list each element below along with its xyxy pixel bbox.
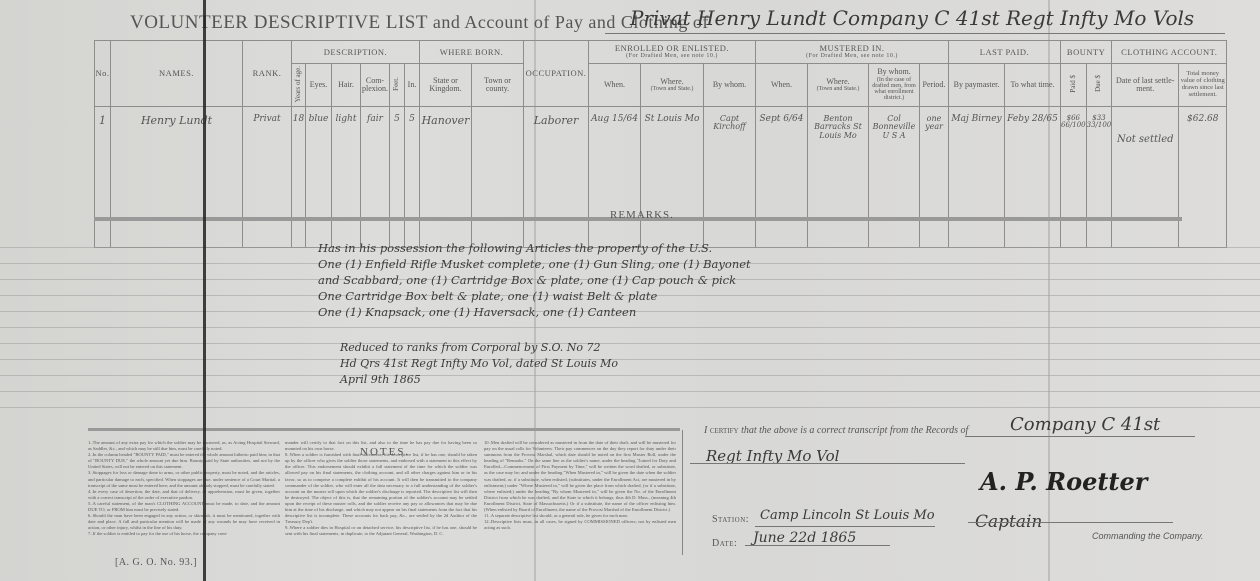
header-names: NAMES. bbox=[111, 41, 243, 107]
header-enrolled-note: (For Drafted Men, see note 10.) bbox=[589, 53, 755, 59]
header-mustered-by: By whom. (In the case of drafted men, fr… bbox=[869, 64, 920, 107]
cell-mustered-where: Benton Barracks St Louis Mo bbox=[808, 107, 869, 248]
remarks-line: One Cartridge Box belt & plate, one (1) … bbox=[318, 288, 751, 304]
cell-paymaster: Maj Birney bbox=[949, 107, 1005, 248]
remarks-line: Has in his possession the following Arti… bbox=[318, 240, 751, 256]
date-underline bbox=[745, 545, 890, 546]
records-of-value: Company C 41st bbox=[1010, 414, 1160, 435]
header-state: State or Kingdom. bbox=[420, 64, 472, 107]
cell-occupation: Laborer bbox=[524, 107, 589, 248]
header-rank: RANK. bbox=[243, 41, 292, 107]
header-last-paid: LAST PAID. bbox=[949, 41, 1061, 64]
remarks-articles: Has in his possession the following Arti… bbox=[318, 240, 751, 320]
header-mustered-note: (For Drafted Men, see note 10.) bbox=[756, 53, 948, 59]
remarks-line: One (1) Enfield Rifle Musket complete, o… bbox=[318, 256, 751, 272]
header-clothing: CLOTHING ACCOUNT. bbox=[1112, 41, 1227, 64]
header-enrolled-by: By whom. bbox=[704, 64, 756, 107]
header-bounty-paid: Paid $ bbox=[1061, 64, 1087, 107]
station-value: Camp Lincoln St Louis Mo bbox=[760, 508, 935, 523]
header-bounty-due: Due $ bbox=[1086, 64, 1112, 107]
station-underline bbox=[755, 526, 935, 527]
notes-column-2: mander will certify to that fact on this… bbox=[285, 440, 477, 538]
header-mustered-where: Where. (Town and State.) bbox=[808, 64, 869, 107]
records-of-underline-2 bbox=[690, 463, 965, 464]
remarks-line: One (1) Knapsack, one (1) Haversack, one… bbox=[318, 304, 751, 320]
header-bounty: BOUNTY bbox=[1061, 41, 1112, 64]
cell-enrolled-when: Aug 15/64 bbox=[589, 107, 641, 248]
captain-signature: A. P. Roetter bbox=[980, 467, 1147, 496]
notes-column-3: 10..Men drafted will be considered as mu… bbox=[484, 440, 676, 531]
document-title: VOLUNTEER DESCRIPTIVE LIST and Account o… bbox=[130, 12, 709, 34]
header-mustered-label: MUSTERED IN. bbox=[819, 43, 884, 53]
header-eyes: Eyes. bbox=[306, 64, 332, 107]
cell-town bbox=[472, 107, 524, 248]
cell-hair: light bbox=[332, 107, 361, 248]
remarks-line: April 9th 1865 bbox=[340, 372, 618, 388]
date-value: June 22d 1865 bbox=[753, 530, 856, 546]
header-enrolled-when: When. bbox=[589, 64, 641, 107]
header-feet: Feet. bbox=[390, 64, 405, 107]
cell-complexion: fair bbox=[361, 107, 390, 248]
header-description: DESCRIPTION. bbox=[292, 41, 420, 64]
cell-feet: 5 bbox=[390, 107, 405, 248]
notes-top-rule bbox=[88, 428, 680, 431]
binding-crease bbox=[203, 0, 206, 581]
header-complexion: Com-plexion. bbox=[361, 64, 390, 107]
certification-divider bbox=[682, 430, 683, 555]
cell-eyes: blue bbox=[306, 107, 332, 248]
remarks-title: REMARKS. bbox=[610, 209, 674, 221]
table-row: 1 Henry Lundt Privat 18 blue light fair … bbox=[95, 107, 1227, 248]
cell-no: 1 bbox=[95, 107, 111, 248]
title-handwritten: Privat Henry Lundt Company C 41st Regt I… bbox=[630, 6, 1194, 30]
date-label: Date: bbox=[712, 538, 737, 549]
cell-name: Henry Lundt bbox=[111, 107, 243, 248]
cell-clothing-total: $62.68 bbox=[1179, 107, 1227, 248]
header-paid-to: To what time. bbox=[1005, 64, 1061, 107]
header-no: No. bbox=[95, 41, 111, 107]
cell-enrolled-where: St Louis Mo bbox=[641, 107, 704, 248]
certification-text: I certify that the above is a correct tr… bbox=[704, 425, 968, 436]
cell-rank: Privat bbox=[243, 107, 292, 248]
cell-mustered-when: Sept 6/64 bbox=[756, 107, 808, 248]
title-underline bbox=[605, 33, 1225, 34]
header-occupation: OCCUPATION. bbox=[524, 41, 589, 107]
header-mustered: MUSTERED IN. (For Drafted Men, see note … bbox=[756, 41, 949, 64]
header-enrolled-where: Where. (Town and State.) bbox=[641, 64, 704, 107]
form-number: [A. G. O. No. 93.] bbox=[115, 557, 197, 568]
notes-column-1: 1..The amount of any extra pay for which… bbox=[88, 440, 280, 538]
cell-paid-to: Feby 28/65 bbox=[1005, 107, 1061, 248]
cell-age: 18 bbox=[292, 107, 306, 248]
header-period: Period. bbox=[920, 64, 949, 107]
header-where-born: WHERE BORN. bbox=[420, 41, 524, 64]
header-hair: Hair. bbox=[332, 64, 361, 107]
cell-period: one year bbox=[920, 107, 949, 248]
remarks-line: Hd Qrs 41st Regt Infty Mo Vol, dated St … bbox=[340, 356, 618, 372]
header-town: Town or county. bbox=[472, 64, 524, 107]
cell-bounty-due: $33 33/100 bbox=[1086, 107, 1112, 248]
remarks-line: and Scabbard, one (1) Cartridge Box & pl… bbox=[318, 272, 751, 288]
cell-inches: 5 bbox=[405, 107, 420, 248]
station-label: Station: bbox=[712, 514, 749, 525]
header-inches: In. bbox=[405, 64, 420, 107]
cell-enrolled-by: Capt Kirchoff bbox=[704, 107, 756, 248]
signer-underline bbox=[968, 522, 1173, 523]
header-age: Years of age. bbox=[292, 64, 306, 107]
header-mustered-when: When. bbox=[756, 64, 808, 107]
header-paymaster: By paymaster. bbox=[949, 64, 1005, 107]
cell-bounty-paid: $66 66/100 bbox=[1061, 107, 1087, 248]
records-of-underline bbox=[965, 436, 1195, 437]
title-printed: VOLUNTEER DESCRIPTIVE LIST bbox=[130, 12, 428, 33]
header-enrolled-label: ENROLLED OR ENLISTED. bbox=[615, 43, 729, 53]
header-clothing-date: Date of last settle-ment. bbox=[1112, 64, 1179, 107]
remarks-line: Reduced to ranks from Corporal by S.O. N… bbox=[340, 340, 618, 356]
header-clothing-total: Total money value of clothing drawn sinc… bbox=[1179, 64, 1227, 107]
cell-state: Hanover bbox=[420, 107, 472, 248]
header-enrolled: ENROLLED OR ENLISTED. (For Drafted Men, … bbox=[589, 41, 756, 64]
cell-clothing-date: Not settled bbox=[1112, 107, 1179, 248]
remarks-reduction: Reduced to ranks from Corporal by S.O. N… bbox=[340, 340, 618, 388]
document-page: VOLUNTEER DESCRIPTIVE LIST and Account o… bbox=[0, 0, 1260, 581]
cell-mustered-by: Col Bonneville U S A bbox=[869, 107, 920, 248]
commanding-label: Commanding the Company. bbox=[1092, 531, 1203, 541]
